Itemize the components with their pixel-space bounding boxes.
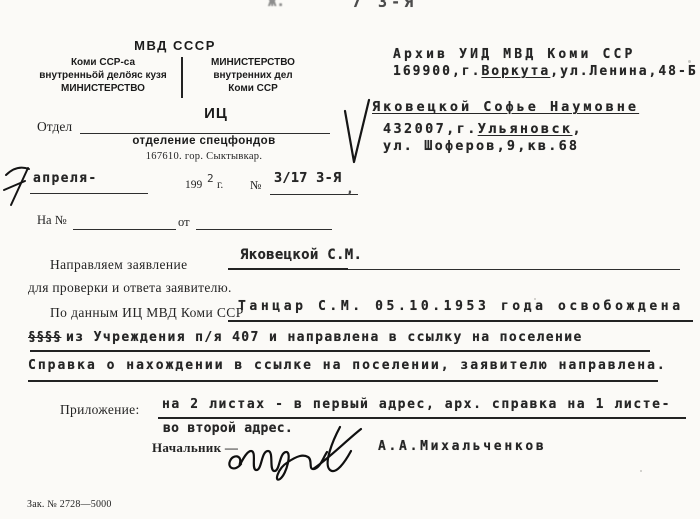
archive-addr-city: Воркута <box>481 64 550 79</box>
scan-speck <box>534 298 536 300</box>
letterhead-russian-line3: Коми ССР <box>192 82 314 95</box>
person-addr-line2: ул. Шоферов,9,кв.68 <box>383 138 579 154</box>
record-value: Танцар С.М. 05.10.1953 года освобождена <box>238 299 684 314</box>
number-sign: № <box>250 178 261 193</box>
scanned-letter: ж. 7 3-Я МВД СССР Коми ССР-са внутренньö… <box>0 0 700 519</box>
letterhead-divider <box>181 57 183 98</box>
top-stamp-mark-right: 7 3-Я <box>352 0 417 11</box>
attachment-rule <box>158 417 686 419</box>
scan-speck <box>640 470 642 472</box>
letterhead-unit: ИЦ <box>193 105 239 122</box>
doc-number: 3/17 3-Я <box>274 170 341 186</box>
letterhead-komi-column: Коми ССР-са внутренньöй делöяс кузя МИНИ… <box>28 56 178 95</box>
letterhead-city-line: 167610. гор. Сыктывкар. <box>95 151 313 162</box>
struck-chars: §§§§ <box>28 330 61 345</box>
doc-number-rule <box>270 194 358 195</box>
record-line3: Справка о нахождении в ссылке на поселен… <box>28 358 667 373</box>
record-line3-rule <box>28 380 658 382</box>
typed-month: апреля- <box>33 171 98 186</box>
send-value: Яковецкой С.М. <box>240 247 362 263</box>
doc-number-tail-mark: , <box>346 182 354 197</box>
archive-recipient-line1: Архив УИД МВД Коми ССР <box>393 47 636 62</box>
scan-speck <box>688 60 691 63</box>
handwritten-7-icon <box>2 162 32 208</box>
archive-addr-rest: ,ул.Ленина,48-Б <box>550 64 697 79</box>
handwritten-day <box>2 162 32 208</box>
send-rule-right <box>348 269 680 270</box>
person-addr-line1: 432007,г.Ульяновск, <box>383 121 583 137</box>
top-stamp-mark-left: ж. <box>268 0 285 10</box>
letterhead-komi-line1: Коми ССР-са <box>28 56 178 69</box>
person-addr-city: Ульяновск <box>478 121 573 137</box>
send-note: для проверки и ответа заявителю. <box>28 280 232 296</box>
archive-addr-prefix: 169900,г. <box>393 64 481 79</box>
ref-ot-rule <box>196 229 332 230</box>
signer-name: А.А.Михальченков <box>378 439 546 454</box>
attachment-label: Приложение: <box>60 402 140 418</box>
handwritten-checkmark <box>341 97 371 167</box>
record-rule <box>228 320 693 322</box>
attachment-line1: на 2 листах - в первый адрес, арх. справ… <box>162 397 671 412</box>
ref-na-label: На № <box>37 213 67 228</box>
record-label: По данным ИЦ МВД Коми ССР <box>50 305 244 321</box>
dept-division: отделение спецфондов <box>95 135 313 147</box>
person-recipient-name: Яковецкой Софье Наумовне <box>372 99 639 115</box>
handwritten-year-digit: 2 <box>207 172 214 185</box>
date-rule <box>30 193 148 194</box>
year-suffix: г. <box>217 179 223 191</box>
record-line2-rule <box>30 350 650 352</box>
letterhead-komi-line2: внутренньöй делöяс кузя <box>28 69 178 82</box>
person-addr-rest: , <box>573 121 584 137</box>
record-line2: из Учреждения п/я 407 и направлена в ссы… <box>66 330 583 345</box>
signature-icon <box>225 424 375 482</box>
letterhead-title: МВД СССР <box>115 38 235 53</box>
print-shop-code: Зак. № 2728—5000 <box>27 499 112 510</box>
year-printed: 199 <box>185 179 202 191</box>
letterhead-russian-line1: МИНИСТЕРСТВО <box>192 56 314 69</box>
archive-recipient-line2: 169900,г.Воркута,ул.Ленина,48-Б <box>393 64 698 79</box>
signature <box>225 424 375 482</box>
ref-ot-label: от <box>178 215 190 230</box>
dept-rule <box>80 133 330 134</box>
letterhead-russian-column: МИНИСТЕРСТВО внутренних дел Коми ССР <box>192 56 314 95</box>
send-label: Направляем заявление <box>50 257 187 273</box>
dept-label: Отдел <box>37 119 72 135</box>
checkmark-icon <box>341 97 371 167</box>
letterhead-komi-line3: МИНИСТЕРСТВО <box>28 82 178 95</box>
send-rule-left <box>228 268 348 270</box>
letterhead-russian-line2: внутренних дел <box>192 69 314 82</box>
ref-na-rule <box>73 229 176 230</box>
person-addr-prefix: 432007,г. <box>383 121 478 137</box>
